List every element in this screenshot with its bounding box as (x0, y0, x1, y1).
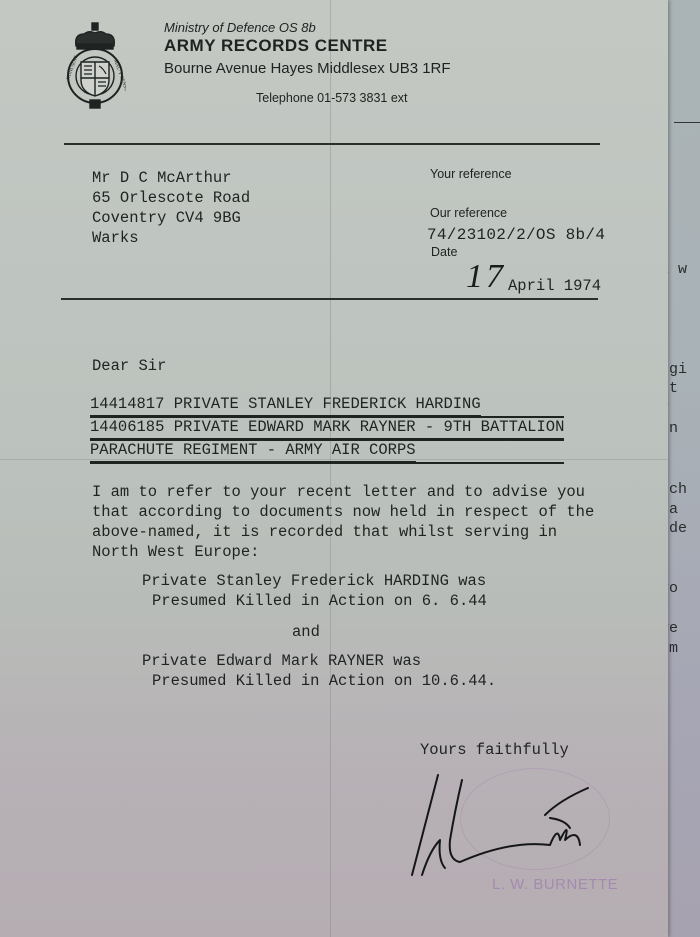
statement-harding-status: Presumed Killed in Action on 6. 6.44 (152, 591, 487, 611)
header-divider (64, 143, 600, 145)
statement-conjunction: and (292, 622, 320, 642)
date-label: Date (431, 245, 457, 259)
organization-title: ARMY RECORDS CENTRE (164, 36, 388, 56)
ministry-name: Ministry of Defence OS 8b (164, 20, 316, 35)
letter-page: HONI·SOIT MAL·Y·PENSE Ministry of Defenc… (0, 0, 668, 937)
signature-icon (400, 770, 600, 880)
subject-line: 14414817 PRIVATE STANLEY FREDERICK HARDI… (90, 395, 481, 417)
address-divider (61, 298, 598, 300)
recipient-street: 65 Orlescote Road (92, 188, 250, 208)
paragraph-line: above-named, it is recorded that whilst … (92, 522, 594, 542)
recipient-county: Warks (92, 228, 250, 248)
our-reference-label: Our reference (430, 206, 507, 220)
organization-address: Bourne Avenue Hayes Middlesex UB3 1RF (164, 60, 451, 77)
statement-rayner-status: Presumed Killed in Action on 10.6.44. (152, 671, 496, 691)
date-day-handwritten: 17 (466, 258, 506, 296)
statement-harding-name: Private Stanley Frederick HARDING was (142, 571, 486, 591)
organization-telephone: Telephone 01-573 3831 ext (256, 91, 408, 105)
signatory-stamp: L. W. BURNETTE (492, 876, 618, 893)
royal-crest-icon: HONI·SOIT MAL·Y·PENSE (64, 22, 126, 110)
recipient-name: Mr D C McArthur (92, 168, 250, 188)
statement-rayner-name: Private Edward Mark RAYNER was (142, 651, 421, 671)
subject-line: PARACHUTE REGIMENT - ARMY AIR CORPS (90, 441, 416, 463)
our-reference-value: 74/23102/2/OS 8b/4 (427, 226, 605, 244)
recipient-address: Mr D C McArthur 65 Orlescote Road Covent… (92, 168, 250, 248)
background-page-rule (674, 122, 700, 123)
subject-line: 14406185 PRIVATE EDWARD MARK RAYNER - 9T… (90, 418, 564, 440)
your-reference-label: Your reference (430, 167, 512, 181)
closing: Yours faithfully (420, 740, 569, 760)
paragraph-line: I am to refer to your recent letter and … (92, 482, 594, 502)
subject-block: 14414817 PRIVATE STANLEY FREDERICK HARDI… (90, 395, 564, 464)
vertical-fold-crease (330, 0, 331, 937)
salutation: Dear Sir (92, 356, 166, 376)
paragraph-line: North West Europe: (92, 542, 594, 562)
recipient-city: Coventry CV4 9BG (92, 208, 250, 228)
paragraph-line: that according to documents now held in … (92, 502, 594, 522)
date-month-year: April 1974 (508, 277, 601, 295)
body-paragraph: I am to refer to your recent letter and … (92, 482, 594, 562)
